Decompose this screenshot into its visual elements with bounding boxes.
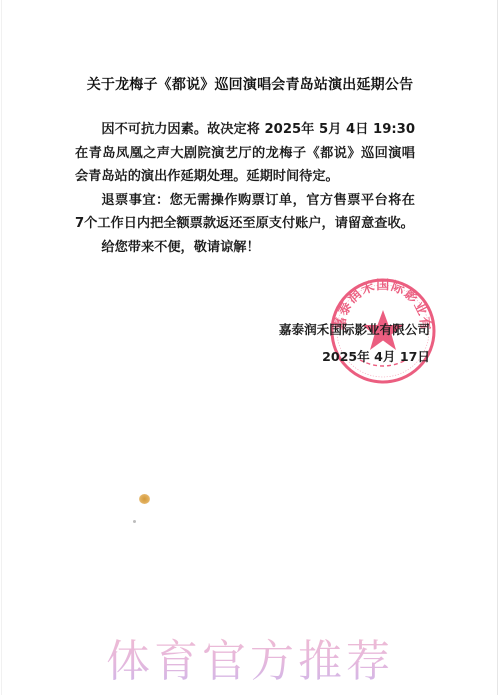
notice-title: 关于龙梅子《都说》巡回演唱会青岛站演出延期公告 — [0, 74, 500, 94]
paragraph-apology: 给您带来不便，敬请谅解！ — [75, 236, 415, 260]
notice-body: 因不可抗力因素。故决定将 2025年 5月 4日 19:30 在青岛凤凰之声大剧… — [75, 118, 415, 260]
page-edge-left — [1, 0, 2, 695]
scan-dot — [133, 520, 136, 523]
issue-date: 2025年 4月 17日 — [300, 346, 430, 365]
page-edge-right — [497, 0, 498, 695]
paragraph-refund: 退票事宜：您无需操作购票订单，官方售票平台将在 7个工作日内把全额票款返还至原支… — [75, 189, 415, 236]
issuer-signature: 嘉泰润禾国际影业有限公司 — [272, 319, 430, 338]
scan-speck — [139, 494, 150, 504]
paragraph-postponement: 因不可抗力因素。故决定将 2025年 5月 4日 19:30 在青岛凤凰之声大剧… — [75, 118, 415, 189]
scanned-notice-page: 关于龙梅子《都说》巡回演唱会青岛站演出延期公告 因不可抗力因素。故决定将 202… — [0, 0, 500, 695]
watermark-caption: 体育官方推荐 — [0, 625, 500, 689]
